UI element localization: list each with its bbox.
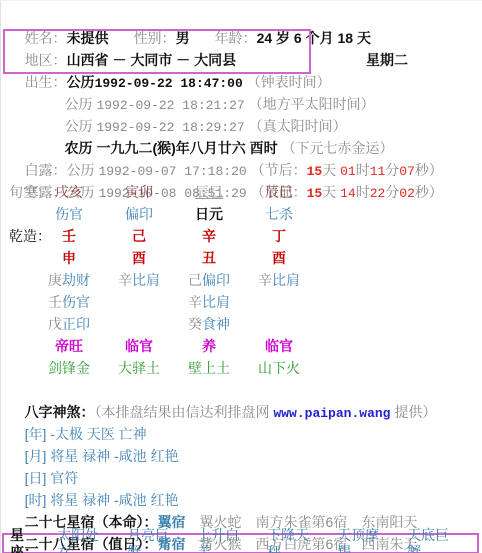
bailu-time: 1992-09-07 17:18:20 xyxy=(98,164,246,179)
provider-site-link[interactable]: www.paipan.wang xyxy=(273,406,390,421)
hidden-stem-god: 正印 xyxy=(62,316,90,332)
hidden-stem-char: 癸 xyxy=(188,316,202,332)
branch-year: 申 xyxy=(34,247,104,269)
nayin-hour: 山下火 xyxy=(244,357,314,379)
ten-god-year: 伤官 xyxy=(34,203,104,225)
hidden-stem-char: 庚 xyxy=(48,272,62,288)
shensha-month-tag: [月] xyxy=(25,448,47,464)
life-stage-day: 养 xyxy=(174,335,244,357)
bailu-calendar: 公历 xyxy=(67,162,95,178)
bailu-days: 15 xyxy=(307,164,323,179)
shensha-day-tag: [日] xyxy=(25,470,47,486)
shensha-header-row: 八字神煞：（本排盘结果由信达利排盘网 www.paipan.wang 提供） xyxy=(1,379,482,401)
nayin-day: 壁上土 xyxy=(174,357,244,379)
zodiac-descendant-sign[interactable]: 下降天秤 xyxy=(267,527,322,553)
age-value: 24 岁 6 个月 18 天 xyxy=(257,30,371,46)
xunkong-day: 辰巳 xyxy=(174,181,244,203)
hidden-stem-god: 劫财 xyxy=(62,272,90,288)
shensha-year-list: -太极 天医 亡神 xyxy=(50,426,146,442)
hidden-stem-month-2 xyxy=(104,291,174,313)
local-mean-time: 1992-09-22 18:21:27 xyxy=(96,98,244,113)
hidden-stem-month-3 xyxy=(104,313,174,335)
gender-label: 性别： xyxy=(134,30,176,46)
zodiac-moon-sign[interactable]: 月亮巨蟹 xyxy=(127,527,182,553)
hidden-stem-day-3: 癸食神 xyxy=(174,313,244,335)
hidden-stem-char: 戊 xyxy=(48,316,62,332)
stem-day: 辛 xyxy=(174,225,244,247)
shensha-day-list: 官符 xyxy=(50,470,78,486)
hidden-stem-year-3: 戊正印 xyxy=(34,313,104,335)
branch-day: 丑 xyxy=(174,247,244,269)
local-mean-calendar: 公历 xyxy=(65,96,93,112)
xunkong-label: 旬空： xyxy=(9,181,51,203)
gender-value: 男 xyxy=(176,30,190,46)
hidden-stem-god: 比肩 xyxy=(272,272,300,288)
branch-month: 酉 xyxy=(104,247,174,269)
stem-month: 己 xyxy=(104,225,174,247)
shensha-hour-list: 将星 禄神 -咸池 红艳 xyxy=(50,492,178,508)
hidden-stem-day-1: 己偏印 xyxy=(174,269,244,291)
zodiac-ascendant-sign[interactable]: 上升白羊 xyxy=(197,527,252,553)
hidden-stem-year-1: 庚劫财 xyxy=(34,269,104,291)
identity-row: 姓名：未提供性别：男年龄：24 岁 6 个月 18 天 xyxy=(1,5,482,27)
zodiac-nadir-sign[interactable]: 天底巨蟹 xyxy=(407,527,462,553)
true-solar-calendar: 公历 xyxy=(65,118,93,134)
region-value: 山西省 － 大同市 － 大同县 xyxy=(67,52,237,68)
hidden-stem-hour-3 xyxy=(244,313,314,335)
name-value: 未提供 xyxy=(67,30,109,46)
bailu-minutes: 11 xyxy=(370,164,386,179)
true-solar-note: （真太阳时间） xyxy=(249,118,347,134)
provider-note-prefix: （本排盘结果由信达利排盘网 xyxy=(95,404,274,420)
nayin-year: 剑锋金 xyxy=(34,357,104,379)
name-label: 姓名： xyxy=(25,30,67,46)
four-pillars-chart: 旬空： 乾造： 戌亥 寅卯 辰巳 辰巳 伤官 偏印 日元 七杀 壬 己 辛 丁 … xyxy=(1,181,482,379)
branch-hour: 酉 xyxy=(244,247,314,269)
xunkong-month: 寅卯 xyxy=(104,181,174,203)
local-mean-note: （地方平太阳时间） xyxy=(249,96,375,112)
ten-god-month: 偏印 xyxy=(104,203,174,225)
hidden-stem-hour-1: 辛比肩 xyxy=(244,269,314,291)
hidden-stem-hour-2 xyxy=(244,291,314,313)
shensha-hour-tag: [时] xyxy=(25,492,47,508)
shensha-month-list: 将星 禄神 -咸池 红艳 xyxy=(50,448,178,464)
xunkong-hour: 辰巳 xyxy=(244,181,314,203)
zodiac-sun-sign[interactable]: 太阳处女 xyxy=(57,527,112,553)
bailu-days-unit: 天 xyxy=(322,162,340,178)
hidden-stem-char: 辛 xyxy=(258,272,272,288)
hidden-stem-god: 食神 xyxy=(202,316,230,332)
bailu-hours: 01 xyxy=(340,164,356,179)
birth-label: 出生： xyxy=(25,74,67,90)
life-stage-month: 临官 xyxy=(104,335,174,357)
zodiac-box: 星座： 太阳处女 月亮巨蟹 上升白羊 下降天秤 天顶摩羯 天底巨蟹 xyxy=(2,533,479,553)
life-stage-hour: 临官 xyxy=(244,335,314,357)
nayin-month: 大驿土 xyxy=(104,357,174,379)
birth-time-note: （钟表时间） xyxy=(247,74,331,90)
shensha-year-tag: [年] xyxy=(25,426,47,442)
bailu-label: 白露： xyxy=(25,162,67,178)
bailu-prefix: （节后： xyxy=(251,162,307,178)
hidden-stem-god: 比肩 xyxy=(202,294,230,310)
bailu-hours-unit: 时 xyxy=(356,162,370,178)
hidden-stem-char: 己 xyxy=(188,272,202,288)
life-stage-year: 帝旺 xyxy=(34,335,104,357)
lunar-note: （下元七赤金运） xyxy=(282,140,394,156)
hidden-stem-year-2: 壬伤官 xyxy=(34,291,104,313)
hidden-stem-god: 偏印 xyxy=(202,272,230,288)
bailu-seconds: 07 xyxy=(399,164,415,179)
hidden-stem-god: 比肩 xyxy=(132,272,160,288)
qianzao-label: 乾造： xyxy=(9,225,51,247)
bailu-minutes-unit: 分 xyxy=(385,162,399,178)
age-label: 年龄： xyxy=(215,30,257,46)
hidden-stem-day-2: 辛比肩 xyxy=(174,291,244,313)
bazi-chart-page: 星期二 姓名：未提供性别：男年龄：24 岁 6 个月 18 天 地区：山西省 －… xyxy=(0,0,482,553)
zodiac-label: 星座： xyxy=(10,527,51,553)
hidden-stem-god: 伤官 xyxy=(62,294,90,310)
birth-calendar: 公历 xyxy=(67,74,95,90)
region-label: 地区： xyxy=(25,52,67,68)
ten-god-hour: 七杀 xyxy=(244,203,314,225)
birth-time: 1992-09-22 18:47:00 xyxy=(95,76,243,91)
true-solar-time: 1992-09-22 18:29:27 xyxy=(96,120,244,135)
hidden-stem-char: 壬 xyxy=(48,294,62,310)
shensha-title: 八字神煞： xyxy=(25,404,95,420)
lunar-date: 农历 一九九二(猴)年八月廿六 酉时 xyxy=(65,140,278,156)
hidden-stem-char: 辛 xyxy=(118,272,132,288)
hidden-stem-month-1: 辛比肩 xyxy=(104,269,174,291)
weekday-text: 星期二 xyxy=(366,49,408,71)
hidden-stem-char: 辛 xyxy=(188,294,202,310)
provider-note-suffix: 提供） xyxy=(390,404,436,420)
stem-hour: 丁 xyxy=(244,225,314,247)
zodiac-midheaven-sign[interactable]: 天顶摩羯 xyxy=(337,527,392,553)
bailu-seconds-unit: 秒） xyxy=(415,162,443,178)
day-master-label: 日元 xyxy=(174,203,244,225)
